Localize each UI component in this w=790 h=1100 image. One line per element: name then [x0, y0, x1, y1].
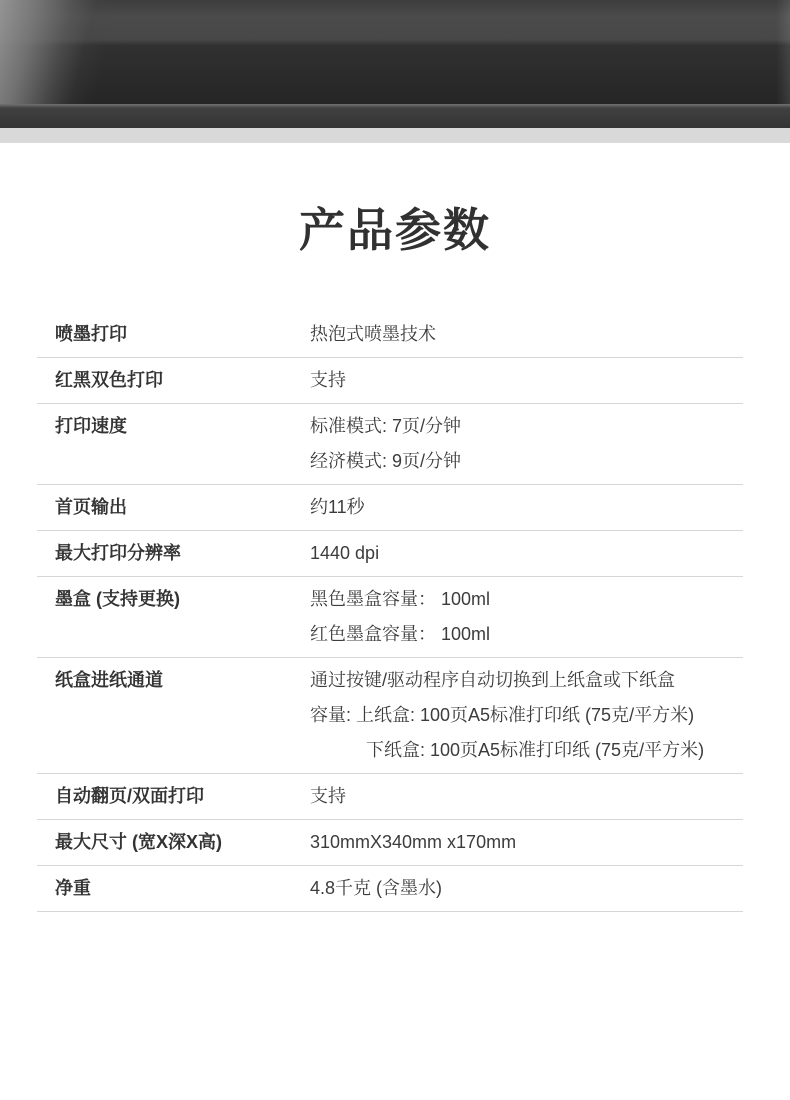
spec-values: 310mmX340mm x170mm [310, 825, 743, 860]
spec-values: 通过按键/驱动程序自动切换到上纸盒或下纸盒 容量: 上纸盒: 100页A5标准打… [310, 663, 743, 768]
spec-value-line: 支持 [310, 363, 743, 398]
spec-value-line: 下纸盒: 100页A5标准打印纸 (75克/平方米) [366, 733, 743, 768]
spec-value-line: 4.8千克 (含墨水) [310, 871, 743, 906]
spec-row-ink-cartridge: 墨盒 (支持更换) 黑色墨盒容量： 100ml 红色墨盒容量： 100ml [37, 577, 743, 658]
spec-value-line: 红色墨盒容量： 100ml [310, 617, 743, 652]
spec-row-red-black-print: 红黑双色打印 支持 [37, 358, 743, 404]
spec-row-net-weight: 净重 4.8千克 (含墨水) [37, 866, 743, 912]
spec-row-max-resolution: 最大打印分辨率 1440 dpi [37, 531, 743, 577]
spec-label: 首页输出 [37, 490, 310, 525]
photo-floor-strip [0, 128, 790, 143]
spec-value-line: 1440 dpi [310, 536, 743, 571]
printer-corner-highlight [0, 0, 150, 104]
spec-label: 纸盒进纸通道 [37, 663, 310, 698]
spec-value-line: 热泡式喷墨技术 [310, 317, 743, 352]
spec-label: 自动翻页/双面打印 [37, 779, 310, 814]
spec-label: 墨盒 (支持更换) [37, 582, 310, 617]
printer-base-bar [0, 104, 790, 128]
product-spec-page: 产品参数 喷墨打印 热泡式喷墨技术 红黑双色打印 支持 打印速度 标准模式: 7… [0, 0, 790, 1100]
spec-values: 热泡式喷墨技术 [310, 317, 743, 352]
spec-row-max-dimensions: 最大尺寸 (宽X深X高) 310mmX340mm x170mm [37, 820, 743, 866]
spec-values: 4.8千克 (含墨水) [310, 871, 743, 906]
spec-value-line: 约11秒 [310, 490, 743, 525]
spec-values: 约11秒 [310, 490, 743, 525]
spec-values: 支持 [310, 363, 743, 398]
spec-values: 标准模式: 7页/分钟 经济模式: 9页/分钟 [310, 409, 743, 479]
spec-label: 最大打印分辨率 [37, 536, 310, 571]
spec-table: 喷墨打印 热泡式喷墨技术 红黑双色打印 支持 打印速度 标准模式: 7页/分钟 … [37, 312, 743, 912]
spec-value-line: 310mmX340mm x170mm [310, 825, 743, 860]
spec-row-auto-duplex: 自动翻页/双面打印 支持 [37, 774, 743, 820]
spec-label: 红黑双色打印 [37, 363, 310, 398]
printer-right-edge-highlight [776, 0, 790, 104]
spec-values: 支持 [310, 779, 743, 814]
spec-value-line: 通过按键/驱动程序自动切换到上纸盒或下纸盒 [310, 663, 743, 698]
spec-value-line: 容量: 上纸盒: 100页A5标准打印纸 (75克/平方米) [310, 698, 743, 733]
spec-label: 打印速度 [37, 409, 310, 444]
spec-row-first-page-out: 首页输出 约11秒 [37, 485, 743, 531]
spec-value-line: 经济模式: 9页/分钟 [310, 444, 743, 479]
spec-label: 最大尺寸 (宽X深X高) [37, 825, 310, 860]
spec-value-line: 标准模式: 7页/分钟 [310, 409, 743, 444]
spec-values: 黑色墨盒容量： 100ml 红色墨盒容量： 100ml [310, 582, 743, 652]
product-photo-bottom [0, 0, 790, 143]
spec-row-inkjet-print: 喷墨打印 热泡式喷墨技术 [37, 312, 743, 358]
spec-value-line: 黑色墨盒容量： 100ml [310, 582, 743, 617]
spec-label: 喷墨打印 [37, 317, 310, 352]
spec-label: 净重 [37, 871, 310, 906]
spec-values: 1440 dpi [310, 536, 743, 571]
spec-row-print-speed: 打印速度 标准模式: 7页/分钟 经济模式: 9页/分钟 [37, 404, 743, 485]
spec-value-line: 支持 [310, 779, 743, 814]
spec-row-paper-tray-feed: 纸盒进纸通道 通过按键/驱动程序自动切换到上纸盒或下纸盒 容量: 上纸盒: 10… [37, 658, 743, 774]
page-title: 产品参数 [0, 204, 790, 256]
